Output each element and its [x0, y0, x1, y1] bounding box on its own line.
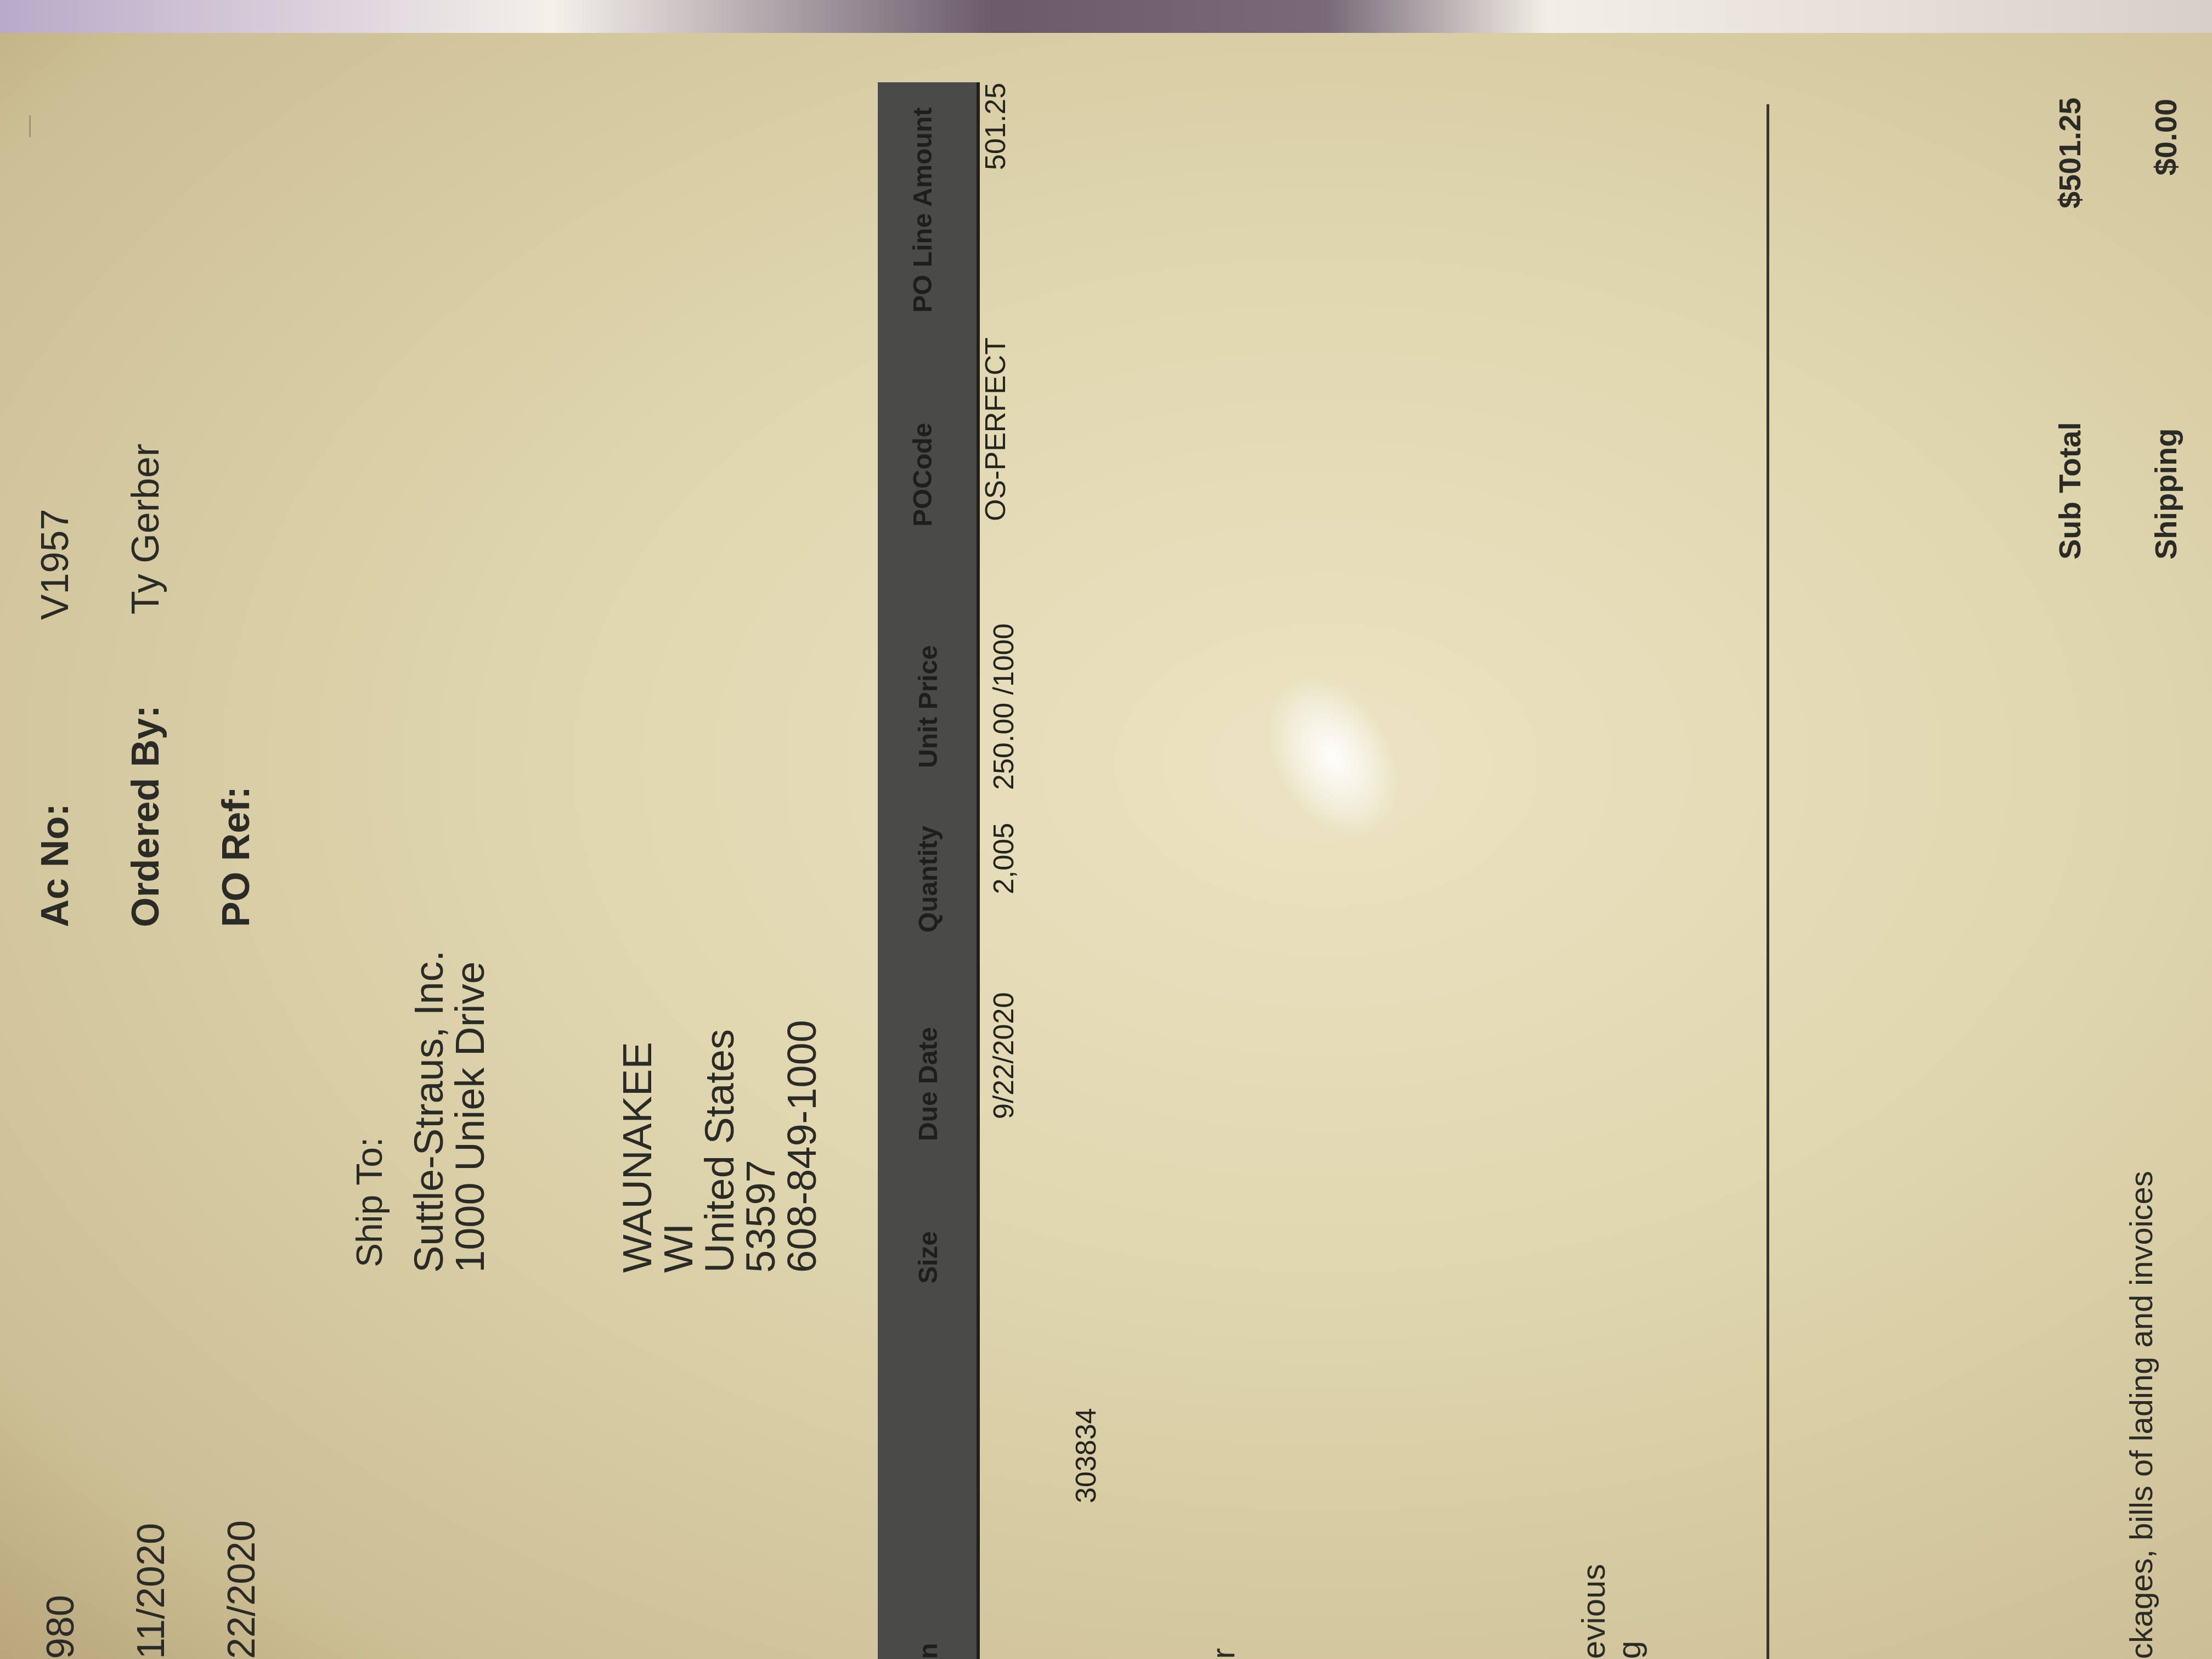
cell-quantity: 2,005: [988, 823, 1020, 894]
column-header-unit-price: Unit Price: [913, 645, 944, 768]
ac-no-label: Ac No:: [33, 803, 77, 927]
ship-to-phone: 608-849-1000: [782, 1020, 822, 1273]
ship-to-company: Suttle-Straus, Inc.: [409, 950, 449, 1273]
ship-to-country: United States: [699, 1029, 740, 1273]
column-header-po-line-amount: PO Line Amount: [908, 108, 938, 313]
subtotal-value: $501.25: [2052, 98, 2087, 208]
column-header-size: Size: [913, 1231, 944, 1284]
faint-text: —: [16, 115, 41, 137]
subtotal-label: Sub Total: [2052, 422, 2087, 560]
po-ref-label: PO Ref:: [214, 786, 258, 927]
divider-line: [1767, 104, 1769, 1659]
column-header-quantity: Quantity: [913, 826, 944, 933]
shipping-value: $0.00: [2148, 99, 2183, 176]
note-fragment-3: g: [1610, 1641, 1648, 1659]
column-header-item: n: [913, 1643, 944, 1659]
note-fragment-2: evious: [1575, 1564, 1612, 1659]
column-header-pocode: POCode: [908, 423, 938, 527]
header-fragment-1: 980: [38, 1595, 82, 1659]
footer-note: ckages, bills of lading and invoices: [2123, 1171, 2160, 1659]
shipping-label: Shipping: [2148, 428, 2183, 560]
ship-to-label: Ship To:: [348, 1137, 390, 1267]
ship-to-state: WI: [658, 1223, 699, 1273]
ordered-by-label: Ordered By:: [123, 705, 167, 927]
cell-item: 303834: [1070, 1408, 1103, 1503]
column-header-due-date: Due Date: [913, 1027, 944, 1141]
header-fragment-3: 22/2020: [219, 1520, 263, 1659]
cell-unit-price: 250.00 /1000: [988, 623, 1020, 790]
cell-pocode: OS-PERFECT: [979, 337, 1012, 521]
ordered-by-value: Ty Gerber: [123, 444, 167, 614]
ship-to-street: 1000 Uniek Drive: [450, 961, 490, 1273]
cell-due-date: 9/22/2020: [988, 992, 1020, 1119]
document-page: [0, 33, 2212, 1659]
ship-to-city: WAUNAKEE: [617, 1042, 658, 1273]
header-fragment-2: 11/2020: [129, 1523, 173, 1659]
cell-amount: 501.25: [979, 83, 1012, 170]
ship-to-zip: 53597: [741, 1160, 781, 1273]
ac-no-value: V1957: [33, 509, 77, 620]
note-fragment-1: r: [1204, 1648, 1242, 1659]
